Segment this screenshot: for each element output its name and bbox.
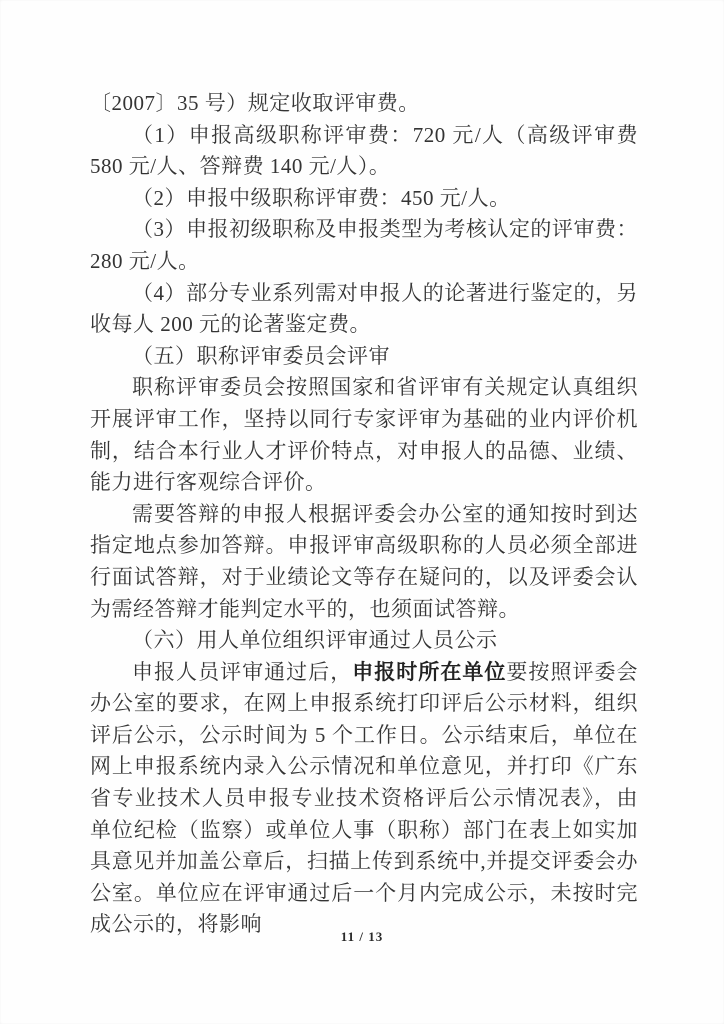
text-run: 〔2007〕35 号）规定收取评审费。 bbox=[90, 91, 420, 115]
paragraph: （1）申报高级职称评审费：720 元/人（高级评审费 580 元/人、答辩费 1… bbox=[90, 120, 638, 183]
document-page: 〔2007〕35 号）规定收取评审费。（1）申报高级职称评审费：720 元/人（… bbox=[0, 0, 724, 1024]
text-run: （1）申报高级职称评审费：720 元/人（高级评审费 580 元/人、答辩费 1… bbox=[90, 123, 638, 179]
paragraph: （五）职称评审委员会评审 bbox=[90, 341, 638, 373]
document-body: 〔2007〕35 号）规定收取评审费。（1）申报高级职称评审费：720 元/人（… bbox=[90, 88, 638, 941]
text-run: 要按照评委会办公室的要求，在网上申报系统打印评后公示材料，组织评后公示，公示时间… bbox=[90, 660, 638, 937]
paragraph: 需要答辩的申报人根据评委会办公室的通知按时到达指定地点参加答辩。申报评审高级职称… bbox=[90, 499, 638, 625]
paragraph: 职称评审委员会按照国家和省评审有关规定认真组织开展评审工作，坚持以同行专家评审为… bbox=[90, 372, 638, 498]
page-footer: 11 / 13 bbox=[0, 928, 724, 946]
paragraph: （2）申报中级职称评审费：450 元/人。 bbox=[90, 183, 638, 215]
text-run: （五）职称评审委员会评审 bbox=[132, 344, 390, 368]
paragraph: （六）用人单位组织评审通过人员公示 bbox=[90, 625, 638, 657]
paragraph: （4）部分专业系列需对申报人的论著进行鉴定的，另收每人 200 元的论著鉴定费。 bbox=[90, 278, 638, 341]
text-run: （3）申报初级职称及申报类型为考核认定的评审费：280 元/人。 bbox=[90, 217, 638, 273]
text-run: 需要答辩的申报人根据评委会办公室的通知按时到达指定地点参加答辩。申报评审高级职称… bbox=[90, 502, 638, 621]
text-run: （六）用人单位组织评审通过人员公示 bbox=[132, 628, 498, 652]
text-run: （4）部分专业系列需对申报人的论著进行鉴定的，另收每人 200 元的论著鉴定费。 bbox=[90, 281, 638, 337]
text-run: 申报人员评审通过后， bbox=[132, 660, 352, 684]
text-run: 申报时所在单位 bbox=[352, 660, 506, 684]
paragraph: （3）申报初级职称及申报类型为考核认定的评审费：280 元/人。 bbox=[90, 214, 638, 277]
text-run: 职称评审委员会按照国家和省评审有关规定认真组织开展评审工作，坚持以同行专家评审为… bbox=[90, 375, 638, 494]
paragraph: 申报人员评审通过后，申报时所在单位要按照评委会办公室的要求，在网上申报系统打印评… bbox=[90, 657, 638, 941]
paragraph: 〔2007〕35 号）规定收取评审费。 bbox=[90, 88, 638, 120]
text-run: （2）申报中级职称评审费：450 元/人。 bbox=[132, 186, 511, 210]
page-number: 11 / 13 bbox=[341, 929, 383, 944]
